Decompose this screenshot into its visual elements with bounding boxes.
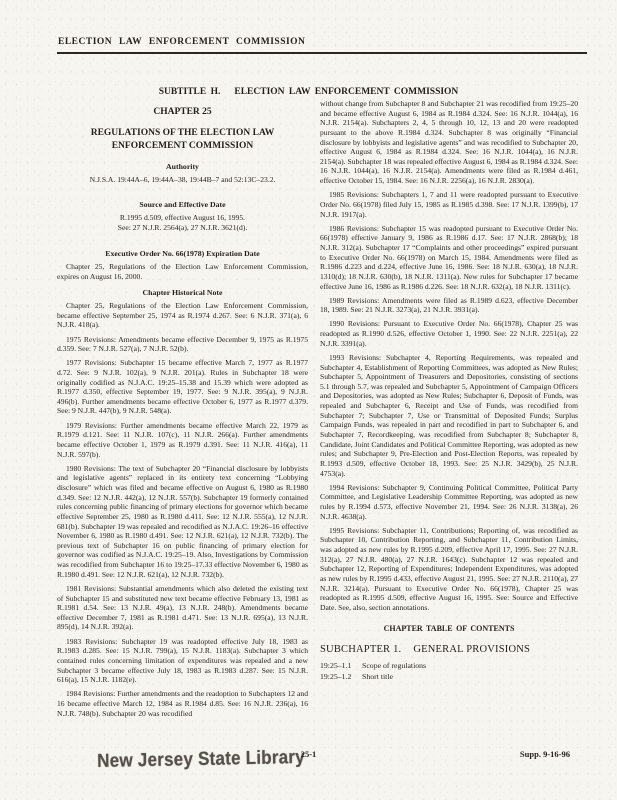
continuation-paragraph: without change from Subchapter 8 and Sub… [320,99,578,186]
history-paragraph-1985: 1985 Revisions: Subchapters 1, 7 and 11 … [320,190,578,219]
library-stamp: New Jersey State Library [97,747,305,773]
expiration-heading: Executive Order No. 66(1978) Expiration … [57,249,308,259]
subchapter-title: GENERAL PROVISIONS [413,644,530,655]
historical-note-heading: Chapter Historical Note [57,288,308,298]
toc-entry-title: Short title [362,672,393,681]
toc-heading: CHAPTER TABLE OF CONTENTS [320,624,578,634]
authority-heading: Authority [57,162,308,172]
history-paragraph-1983: 1983 Revisions: Subchapter 19 was readop… [57,637,308,685]
chapter-number: CHAPTER 25 [57,106,308,118]
history-paragraph-1981: 1981 Revisions: Substantial amendments w… [57,584,308,632]
history-paragraph-1995: 1995 Revisions: Subchapter 11, Contribut… [320,526,578,613]
toc-entry-title: Scope of regulations [362,661,426,670]
right-column: without change from Subchapter 8 and Sub… [320,99,578,682]
source-heading: Source and Effective Date [57,200,308,210]
history-paragraph-1990: 1990 Revisions: Pursuant to Executive Or… [320,319,578,348]
source-line: R.1995 d.509, effective August 16, 1995. [57,213,308,223]
expiration-paragraph: Chapter 25, Regulations of the Election … [57,262,308,281]
source-see-line: See: 27 N.J.R. 2564(a), 27 N.J.R. 3621(d… [57,223,308,233]
chapter-title: REGULATIONS OF THE ELECTION LAW ENFORCEM… [57,127,308,154]
toc-entry: 19:25–1.2Short title [320,672,578,683]
subtitle-heading: SUBTITLE H.ELECTION LAW ENFORCEMENT COMM… [0,87,617,97]
running-header: ELECTION LAW ENFORCEMENT COMMISSION [58,37,305,47]
subtitle-label: SUBTITLE H. [159,87,221,97]
scanned-document-page: ELECTION LAW ENFORCEMENT COMMISSION SUBT… [0,0,617,800]
history-paragraph-1974: Chapter 25, Regulations of the Election … [57,301,308,330]
supplement-date: Supp. 9-16-96 [520,749,570,759]
toc-entry-number: 19:25–1.2 [320,672,362,683]
chapter-title-line2: ENFORCEMENT COMMISSION [112,141,254,151]
history-paragraph-1994: 1994 Revisions: Subchapter 9, Continuing… [320,483,578,522]
subchapter-1-heading: SUBCHAPTER 1.GENERAL PROVISIONS [320,643,578,656]
toc-entry: 19:25–1.1Scope of regulations [320,661,578,672]
subchapter-label: SUBCHAPTER 1. [320,644,401,655]
chapter-title-line1: REGULATIONS OF THE ELECTION LAW [91,128,275,138]
history-paragraph-1975: 1975 Revisions: Amendments became effect… [57,335,308,354]
history-paragraph-1984: 1984 Revisions: Further amendments and t… [57,689,308,718]
history-paragraph-1989: 1989 Revisions: Amendments were filed as… [320,296,578,315]
left-column: CHAPTER 25 REGULATIONS OF THE ELECTION L… [57,106,308,723]
history-paragraph-1993: 1993 Revisions: Subchapter 4, Reporting … [320,353,578,478]
history-paragraph-1980: 1980 Revisions: The text of Subchapter 2… [57,464,308,580]
history-paragraph-1977: 1977 Revisions: Subchapter 15 became eff… [57,358,308,416]
authority-text: N.J.S.A. 19:44A–6, 19:44A–38, 19:44B–7 a… [57,175,308,185]
history-paragraph-1986: 1986 Revisions: Subchapter 15 was readop… [320,224,578,291]
header-rule [57,52,587,54]
toc-entry-number: 19:25–1.1 [320,661,362,672]
subtitle-text: ELECTION LAW ENFORCEMENT COMMISSION [234,87,458,97]
history-paragraph-1979: 1979 Revisions: Further amendments becam… [57,421,308,460]
